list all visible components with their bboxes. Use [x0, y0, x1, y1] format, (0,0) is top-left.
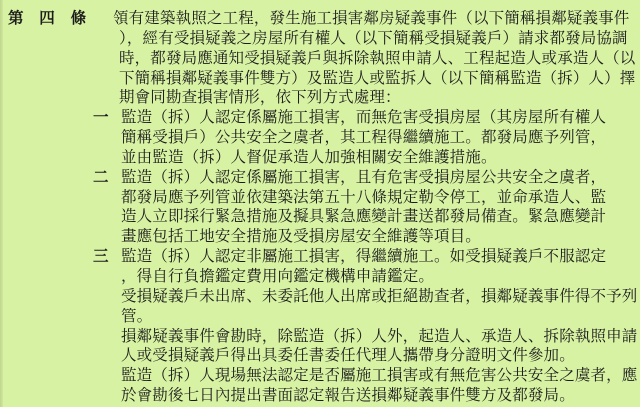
text-line: 並由監造（拆）人督促承造人加強相關安全維護措施。 [121, 148, 640, 168]
list-item-one: 一 監造（拆）人認定係屬施工損害，而無危害受損房屋（其房屋所有權人 簡稱受損戶）… [0, 108, 640, 168]
paragraph-no-attendance: 受損疑義戶未出席、未委託他人出席或拒絕勘查者，損鄰疑義事件得不予列 管。 [0, 287, 640, 327]
text-line: 時，都發局應通知受損疑義戶與拆除執照申請人、工程起造人或承造人（以 [119, 49, 640, 69]
text-line: 監造（拆）人認定非屬施工損害，得繼續施工。如受損疑義戶不服認定 [121, 247, 640, 267]
text-line: 管。 [121, 307, 640, 327]
text-line: 於會勘後七日內提出書面認定報告送損鄰疑義事件雙方及都發局。 [121, 386, 640, 406]
article-content: 第 四 條 領有建築執照之工程，發生施工損害鄰房疑義事件（以下簡稱損鄰疑義事件 … [0, 9, 640, 406]
text-line: 畫應包括工地安全措施及受損房屋安全維護等項目。 [121, 227, 640, 247]
document-page: 第 四 條 領有建築執照之工程，發生施工損害鄰房疑義事件（以下簡稱損鄰疑義事件 … [0, 0, 640, 407]
article-intro-paragraph: 領有建築執照之工程，發生施工損害鄰房疑義事件（以下簡稱損鄰疑義事件 ），經有受損… [0, 9, 640, 108]
article-number-label: 第 四 條 [8, 9, 86, 29]
text-line: 簡稱受損戶）公共安全之虞者，其工程得繼續施工。都發局應予列管， [121, 128, 640, 148]
text-line: 監造（拆）人認定係屬施工損害，且有危害受損房屋公共安全之虞者， [121, 168, 640, 188]
item-two-marker: 二 [93, 168, 109, 188]
text-line: ），經有受損疑義之房屋所有權人（以下簡稱受損疑義戶）請求都發局協調 [119, 29, 640, 49]
text-line: 領有建築執照之工程，發生施工損害鄰房疑義事件（以下簡稱損鄰疑義事件 [113, 9, 640, 29]
text-line: 期會同勘查損害情形，依下列方式處理： [119, 88, 640, 108]
text-line: 人或受損疑義戶得出具委任書委任代理人攜帶身分證明文件參加。 [121, 346, 640, 366]
text-line: 造人立即採行緊急措施及擬具緊急應變計畫送都發局備查。緊急應變計 [121, 207, 640, 227]
item-three-marker: 三 [93, 247, 109, 267]
text-line: ，得自行負擔鑑定費用向鑑定機構申請鑑定。 [121, 267, 640, 287]
text-line: 受損疑義戶未出席、未委託他人出席或拒絕勘查者，損鄰疑義事件得不予列 [121, 287, 640, 307]
text-line: 下簡稱損鄰疑義事件雙方）及監造人或監拆人（以下簡稱監造（拆）人）擇 [119, 69, 640, 89]
text-line: 監造（拆）人認定係屬施工損害，而無危害受損房屋（其房屋所有權人 [121, 108, 640, 128]
paragraph-joint-inspection: 損鄰疑義事件會勘時，除監造（拆）人外，起造人、承造人、拆除執照申請 人或受損疑義… [0, 327, 640, 367]
text-line: 監造（拆）人現場無法認定是否屬施工損害或有無危害公共安全之虞者，應 [121, 366, 640, 386]
item-one-marker: 一 [93, 108, 109, 128]
text-line: 損鄰疑義事件會勘時，除監造（拆）人外，起造人、承造人、拆除執照申請 [121, 327, 640, 347]
list-item-two: 二 監造（拆）人認定係屬施工損害，且有危害受損房屋公共安全之虞者， 都發局應予列… [0, 168, 640, 247]
text-line: 都發局應予列管並依建築法第五十八條規定勒令停工，並命承造人、監 [121, 188, 640, 208]
list-item-three: 三 監造（拆）人認定非屬施工損害，得繼續施工。如受損疑義戶不服認定 ，得自行負擔… [0, 247, 640, 287]
paragraph-written-report: 監造（拆）人現場無法認定是否屬施工損害或有無危害公共安全之虞者，應 於會勘後七日… [0, 366, 640, 406]
